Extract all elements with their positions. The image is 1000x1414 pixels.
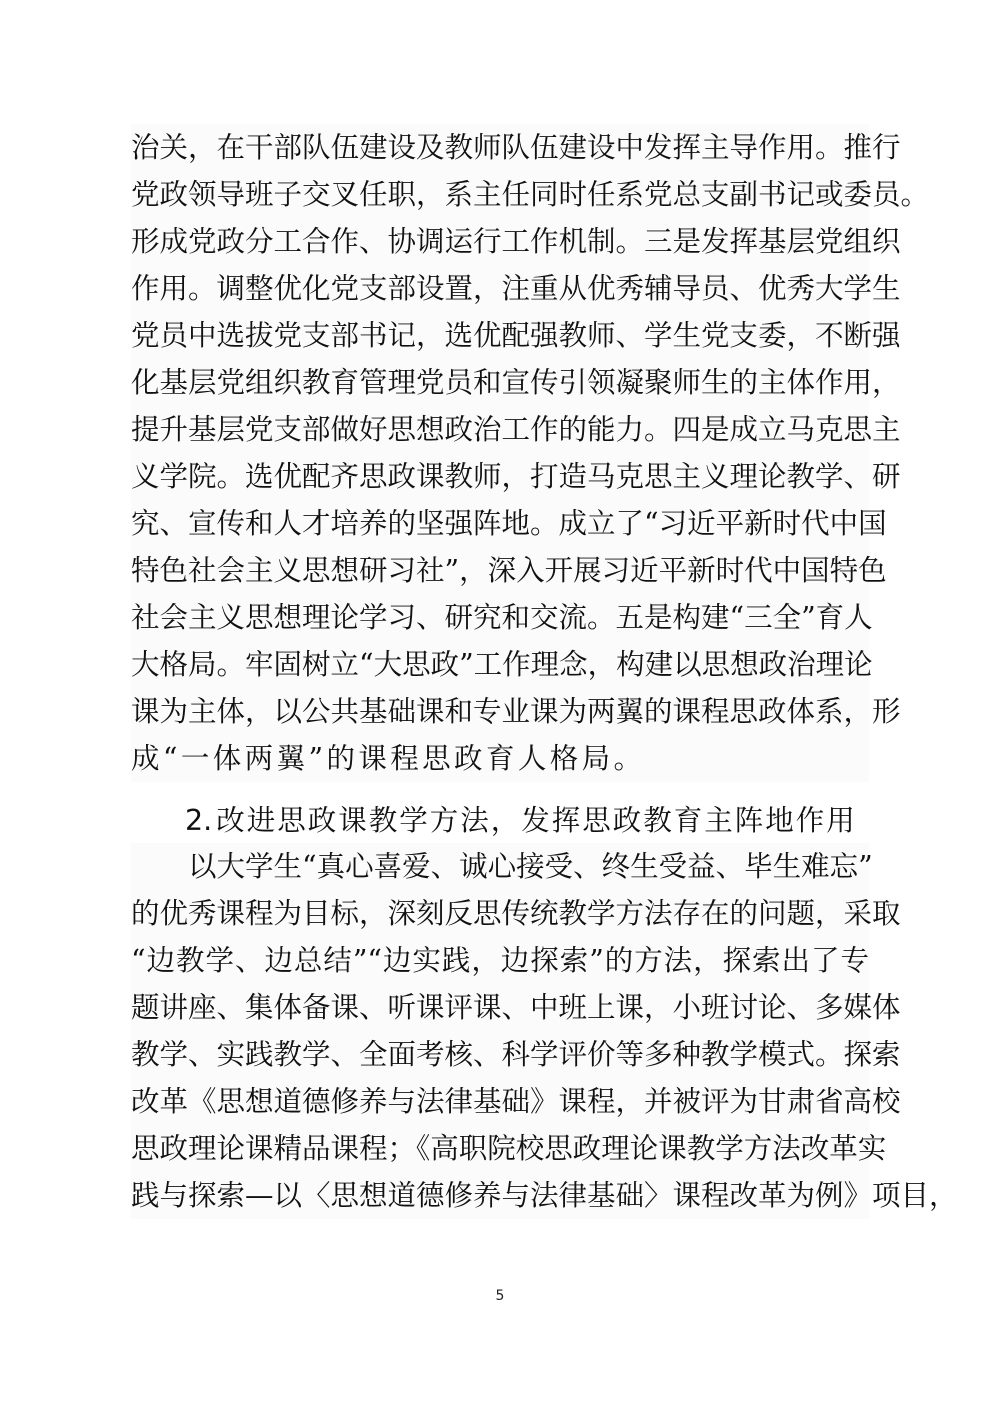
- text-line: 特色社会主义思想研习社”，深入开展习近平新时代中国特色: [131, 547, 869, 594]
- text-line: 教学、实践教学、全面考核、科学评价等多种教学模式。探索: [131, 1031, 869, 1078]
- text-line: “边教学、边总结”“边实践，边探索”的方法，探索出了专: [131, 937, 869, 984]
- text-line: 义学院。选优配齐思政课教师，打造马克思主义理论教学、研: [131, 453, 869, 500]
- text-line: 作用。调整优化党支部设置，注重从优秀辅导员、优秀大学生: [131, 265, 869, 312]
- section-title: 改进思政课教学方法，发挥思政教育主阵地作用: [216, 804, 857, 837]
- text-line: 究、宣传和人才培养的坚强阵地。成立了“习近平新时代中国: [131, 500, 869, 547]
- page-number: 5: [0, 1288, 1000, 1304]
- text-line: 大格局。牢固树立“大思政”工作理念，构建以思想政治理论: [131, 641, 869, 688]
- section-heading: 2.改进思政课教学方法，发挥思政教育主阵地作用: [185, 797, 857, 844]
- section-number: 2.: [185, 804, 212, 837]
- text-line: 成“一体两翼”的课程思政育人格局。: [131, 735, 869, 782]
- text-line: 党员中选拔党支部书记，选优配强教师、学生党支委，不断强: [131, 312, 869, 359]
- text-line: 以大学生“真心喜爱、诚心接受、终生受益、毕生难忘”: [131, 843, 869, 890]
- text-line: 化基层党组织教育管理党员和宣传引领凝聚师生的主体作用，: [131, 359, 869, 406]
- text-line: 社会主义思想理论学习、研究和交流。五是构建“三全”育人: [131, 594, 869, 641]
- text-line: 提升基层党支部做好思想政治工作的能力。四是成立马克思主: [131, 406, 869, 453]
- text-line: 改革《思想道德修养与法律基础》课程，并被评为甘肃省高校: [131, 1078, 869, 1125]
- text-line: 形成党政分工合作、协调运行工作机制。三是发挥基层党组织: [131, 218, 869, 265]
- text-line: 践与探索—以〈思想道德修养与法律基础〉课程改革为例》项目，: [131, 1172, 869, 1219]
- text-line: 党政领导班子交叉任职，系主任同时任系党总支副书记或委员。: [131, 171, 869, 218]
- text-line: 题讲座、集体备课、听课评课、中班上课，小班讨论、多媒体: [131, 984, 869, 1031]
- paragraph-teaching-methods: 以大学生“真心喜爱、诚心接受、终生受益、毕生难忘” 的优秀课程为目标，深刻反思传…: [131, 843, 869, 1219]
- text-line: 治关，在干部队伍建设及教师队伍建设中发挥主导作用。推行: [131, 124, 869, 171]
- text-line: 的优秀课程为目标，深刻反思传统教学方法存在的问题，采取: [131, 890, 869, 937]
- text-line: 课为主体，以公共基础课和专业课为两翼的课程思政体系，形: [131, 688, 869, 735]
- text-line: 思政理论课精品课程；《高职院校思政理论课教学方法改革实: [131, 1125, 869, 1172]
- paragraph-party-building: 治关，在干部队伍建设及教师队伍建设中发挥主导作用。推行 党政领导班子交叉任职，系…: [131, 124, 869, 782]
